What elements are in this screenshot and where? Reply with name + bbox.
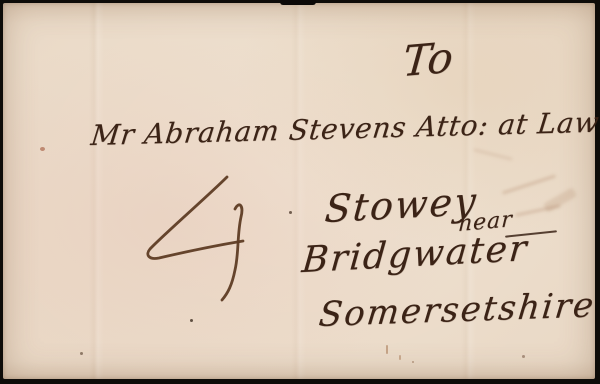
- manuscript-rate-mark-4: 4: [131, 165, 326, 310]
- ink-speck: [289, 211, 292, 214]
- ink-speck: [386, 345, 388, 354]
- destination-town: Bridgwater: [300, 229, 530, 281]
- photo-edge-notch: [280, 0, 316, 5]
- ink-speck: [522, 355, 525, 358]
- destination-county: Somersetshire: [317, 287, 597, 334]
- letter-cover-photo: To Mr Abraham Stevens Atto: at Law 4 Sto…: [0, 0, 600, 384]
- ink-bleed-mark: [543, 187, 577, 213]
- ink-speck: [40, 147, 45, 151]
- ink-speck: [399, 355, 401, 360]
- ink-bleed-mark: [502, 174, 556, 194]
- ink-speck: [412, 361, 414, 363]
- rate-mark-strokes: [131, 165, 326, 310]
- destination-place: Stowey: [323, 181, 479, 231]
- recipient-address-line: Mr Abraham Stevens Atto: at Law: [89, 108, 600, 152]
- ink-bleed-mark: [473, 148, 513, 161]
- ink-speck: [190, 319, 193, 322]
- ink-speck: [80, 352, 83, 355]
- to-label: To: [401, 34, 455, 85]
- letter-cover-front: To Mr Abraham Stevens Atto: at Law 4 Sto…: [3, 3, 595, 379]
